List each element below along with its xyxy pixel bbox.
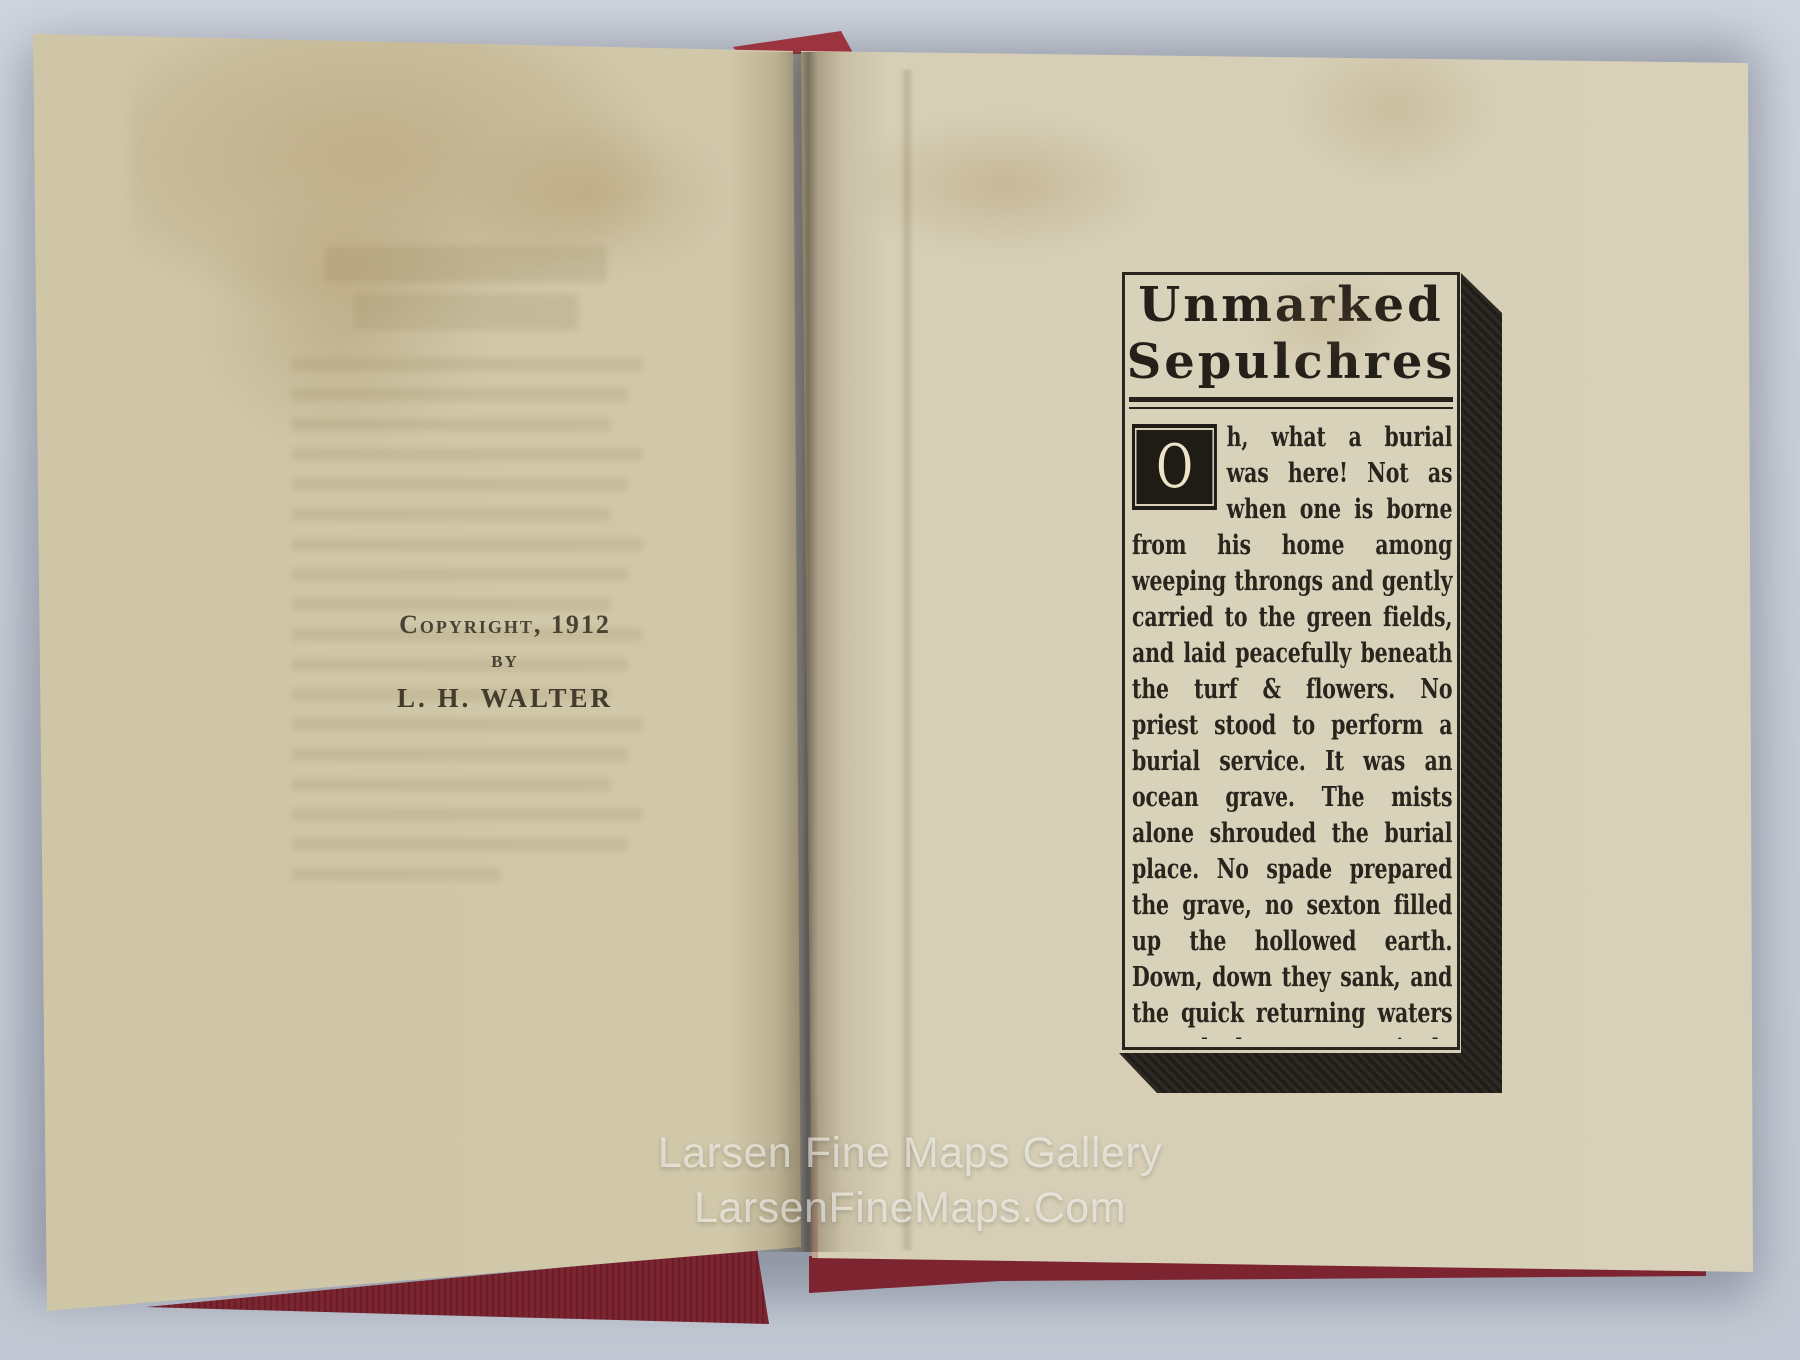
watermark-line2: LarsenFineMaps.Com (595, 1181, 1225, 1236)
ghost-text-line (291, 388, 628, 401)
page-crease (900, 70, 914, 1250)
ghost-text-line (291, 808, 642, 821)
ghost-text-line (291, 418, 610, 431)
copyright-author: L. H. WALTER (330, 683, 680, 714)
plaque-title: Unmarked Sepulchres (1125, 277, 1457, 391)
plaque-body-wrap: Oh, what a burial was here! Not as when … (1125, 409, 1457, 1039)
ghost-title-line (325, 246, 607, 282)
ghost-text-line (291, 568, 628, 581)
ghost-text-line (291, 778, 610, 791)
ghost-text-line (291, 748, 628, 761)
quote-text: h, what a burial was here! Not as when o… (1132, 421, 1452, 1039)
copyright-block: Copyright, 1912 BY L. H. WALTER (330, 610, 680, 714)
drop-cap: O (1132, 424, 1217, 510)
copyright-by: BY (330, 652, 680, 672)
ghost-text-line (291, 718, 642, 731)
paper-stain (850, 115, 1160, 255)
watermark: Larsen Fine Maps Gallery LarsenFineMaps.… (595, 1126, 1225, 1236)
unmarked-sepulchres-plaque: Unmarked Sepulchres Oh, what a burial wa… (1122, 272, 1460, 1050)
open-book-photo: Copyright, 1912 BY L. H. WALTER Unmarked… (0, 0, 1800, 1360)
watermark-line1: Larsen Fine Maps Gallery (595, 1126, 1225, 1181)
ghost-title-line (354, 294, 578, 330)
ghost-text-line (291, 838, 628, 851)
show-through-text (285, 246, 647, 898)
plaque-body-text: Oh, what a burial was here! Not as when … (1132, 419, 1452, 1039)
double-rule (1129, 397, 1453, 409)
ghost-text-line (291, 868, 501, 881)
ghost-text-line (291, 538, 642, 551)
plaque-title-line1: Unmarked (1125, 277, 1457, 334)
ghost-text-line (291, 478, 628, 491)
ghost-text-line (291, 448, 642, 461)
drop-cap-letter: O (1156, 437, 1193, 497)
copyright-year: Copyright, 1912 (330, 610, 680, 640)
ghost-text-line (291, 358, 642, 371)
ghost-text-line (291, 508, 610, 521)
book-gutter (728, 52, 888, 1252)
plaque-title-line2: Sepulchres (1125, 334, 1457, 391)
